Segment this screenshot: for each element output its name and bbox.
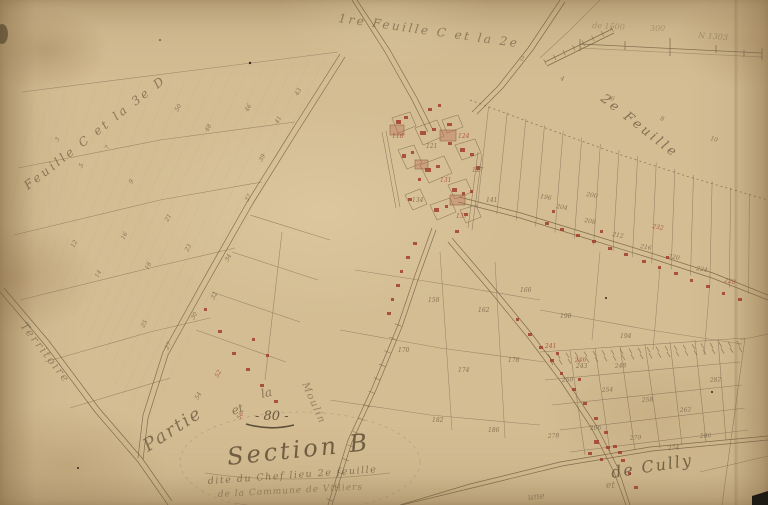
cartouche-sheet-number: - 80 - bbox=[255, 409, 289, 424]
building-mark bbox=[642, 260, 646, 263]
building-mark bbox=[545, 222, 549, 225]
road-ticks-layer bbox=[327, 26, 614, 501]
parcel-number: 54 bbox=[194, 391, 204, 401]
parcel-number: 228 bbox=[723, 277, 737, 286]
building-mark bbox=[252, 338, 255, 341]
neighbor-commune-label: de Cully bbox=[610, 450, 695, 482]
blemishes-layer bbox=[0, 24, 768, 505]
parcel-number: 141 bbox=[486, 197, 497, 204]
building-mark bbox=[606, 446, 610, 449]
parcel-number: 127 bbox=[472, 167, 484, 174]
building-mark bbox=[608, 247, 612, 250]
building-mark bbox=[400, 270, 403, 273]
parcel-number: 250 bbox=[561, 376, 574, 384]
building-mark bbox=[447, 123, 452, 126]
building-mark bbox=[428, 108, 432, 111]
parcel-number: 10 bbox=[709, 135, 718, 144]
road-label-moulin: Moulin bbox=[299, 380, 328, 426]
building-mark bbox=[576, 234, 580, 237]
building-mark bbox=[706, 285, 710, 288]
building-mark bbox=[402, 154, 406, 158]
scale-note-mid: 300 bbox=[650, 24, 665, 33]
parcel-number: 131 bbox=[440, 177, 451, 184]
bottom-fragment-une: une bbox=[527, 492, 545, 503]
cartouche-section-title: Section B bbox=[226, 428, 372, 471]
parcel-number: 8 bbox=[659, 115, 665, 123]
building-mark bbox=[455, 230, 459, 233]
ink-speck bbox=[249, 62, 251, 64]
building-mark bbox=[425, 168, 431, 172]
parcel-number: 232 bbox=[651, 223, 665, 232]
parcel-number: 18 bbox=[144, 261, 154, 271]
parcel-number: 182 bbox=[432, 417, 444, 424]
building-mark bbox=[634, 486, 638, 489]
building-mark bbox=[232, 352, 236, 355]
building-mark bbox=[690, 279, 693, 282]
building-mark bbox=[452, 188, 457, 192]
scale-note-right: N 1303 bbox=[697, 31, 728, 42]
sheet-note-top: 1re Feuille C et la 2e bbox=[338, 11, 521, 50]
building-mark bbox=[432, 128, 436, 131]
building-mark bbox=[448, 142, 452, 145]
building-mark bbox=[274, 400, 278, 403]
building-mark bbox=[420, 131, 426, 135]
parcel-number: 3 bbox=[54, 136, 62, 143]
building-mark bbox=[618, 451, 622, 454]
parcel-number: 196 bbox=[540, 193, 553, 202]
building-mark bbox=[246, 368, 250, 371]
parcel-number: 9 bbox=[128, 178, 136, 185]
building-mark bbox=[578, 378, 581, 381]
building-mark bbox=[594, 417, 598, 420]
parcel-number: 174 bbox=[458, 367, 470, 374]
parcel-number: 248 bbox=[614, 362, 627, 370]
parcel-number: 41 bbox=[273, 115, 283, 126]
cartouche: la et - 80 - Partie Section B dite du Ch… bbox=[138, 385, 420, 505]
parcel-number: 32 bbox=[210, 291, 220, 301]
building-mark bbox=[560, 228, 564, 231]
parcel-number: 270 bbox=[629, 434, 642, 442]
building-mark bbox=[722, 292, 725, 295]
scale-bar bbox=[580, 38, 762, 60]
parcel-number: 46 bbox=[243, 103, 253, 114]
parcel-number: 137 bbox=[456, 213, 468, 220]
ink-speck bbox=[605, 297, 607, 299]
building-mark bbox=[624, 253, 628, 256]
cartouche-partie: Partie bbox=[138, 402, 206, 456]
parcel-number: 170 bbox=[398, 347, 410, 354]
building-mark bbox=[613, 445, 617, 448]
building-mark bbox=[600, 230, 603, 233]
parcel-number: 12 bbox=[70, 239, 80, 249]
parcel-number: 258 bbox=[641, 396, 654, 404]
parcel-number: 194 bbox=[620, 333, 632, 340]
parcel-number: 21 bbox=[163, 213, 173, 224]
building-mark bbox=[406, 256, 410, 259]
parcel-number: 178 bbox=[508, 357, 520, 364]
building-mark bbox=[445, 205, 448, 208]
building-mark bbox=[266, 354, 269, 357]
parcel-number: 286 bbox=[699, 432, 712, 440]
parcel-number: 134 bbox=[412, 197, 424, 204]
cartouche-la: la bbox=[259, 385, 273, 401]
parcel-number: 166 bbox=[520, 287, 532, 294]
parcel-number: 190 bbox=[560, 313, 572, 320]
parcel-number: 208 bbox=[583, 217, 597, 226]
ink-speck bbox=[77, 467, 79, 469]
parcel-number: 224 bbox=[695, 265, 709, 274]
building-mark bbox=[674, 272, 678, 275]
building-mark bbox=[738, 298, 742, 301]
parcel-number: 14 bbox=[94, 269, 104, 279]
parcel-number: 200 bbox=[585, 191, 599, 200]
parcel-number: 118 bbox=[392, 133, 404, 140]
building-mark bbox=[552, 210, 555, 213]
parcel-number: 216 bbox=[639, 243, 653, 252]
building-mark bbox=[434, 208, 439, 212]
building-mark bbox=[556, 352, 559, 355]
cadastral-map-canvas: la et - 80 - Partie Section B dite du Ch… bbox=[0, 0, 768, 505]
parcel-number: 5 bbox=[78, 162, 86, 169]
parcel-number: 162 bbox=[478, 307, 490, 314]
building-mark bbox=[391, 298, 394, 301]
red-buildings-layer bbox=[204, 104, 742, 489]
parcel-number: 43 bbox=[293, 87, 303, 98]
band-dividers-layer bbox=[477, 106, 749, 294]
building-mark bbox=[438, 104, 441, 107]
parcel-number: 25 bbox=[139, 319, 149, 330]
edge-stain bbox=[0, 24, 8, 44]
parcel-number: 266 bbox=[589, 424, 602, 432]
sheet-number-underline bbox=[246, 424, 294, 428]
parcel-number: 282 bbox=[709, 376, 722, 384]
parcel-number: 34 bbox=[224, 253, 234, 263]
territory-label: Territoire bbox=[18, 320, 73, 386]
building-mark bbox=[528, 333, 532, 336]
building-mark bbox=[460, 148, 465, 152]
bottom-fragment-et: et bbox=[606, 481, 615, 491]
corner-tear-dark bbox=[752, 491, 768, 505]
building-mark bbox=[592, 240, 596, 243]
building-mark bbox=[588, 452, 592, 455]
parcel-number: 52 bbox=[214, 369, 224, 379]
parcel-number: 278 bbox=[547, 432, 560, 440]
building-mark bbox=[658, 266, 661, 269]
roads-layer bbox=[0, 0, 768, 505]
building-mark bbox=[600, 458, 603, 461]
ink-speck bbox=[159, 39, 161, 41]
parcel-number: 220 bbox=[667, 253, 681, 262]
parcel-number: 243 bbox=[575, 363, 588, 370]
sheet-note-left: Feuille C et la 3e D bbox=[20, 73, 169, 193]
building-mark bbox=[411, 151, 414, 154]
building-mark bbox=[204, 308, 207, 311]
building-mark bbox=[396, 284, 400, 287]
building-mark bbox=[604, 431, 608, 434]
scale-bar-notes: de 1500 300 N 1303 bbox=[592, 21, 728, 42]
parcel-number: 212 bbox=[611, 231, 625, 240]
building-mark bbox=[572, 388, 576, 391]
se-grid-layer bbox=[540, 338, 748, 505]
parcel-number: 262 bbox=[679, 406, 692, 414]
parcel-number: 23 bbox=[183, 243, 193, 254]
building-mark bbox=[594, 440, 599, 444]
parcel-number: 4 bbox=[559, 75, 566, 83]
building-mark bbox=[470, 190, 473, 193]
building-mark bbox=[470, 153, 474, 156]
parcel-number: 121 bbox=[426, 143, 437, 150]
building-mark bbox=[462, 192, 465, 195]
building-mark bbox=[387, 312, 391, 315]
building-mark bbox=[583, 402, 587, 405]
building-mark bbox=[418, 178, 421, 181]
parcel-number: 39 bbox=[258, 153, 268, 163]
building-mark bbox=[550, 359, 554, 362]
parcel-number: 241 bbox=[544, 343, 556, 350]
parcel-number: 27 bbox=[163, 341, 173, 352]
parcel-number: 254 bbox=[601, 386, 614, 394]
parcel-number: 124 bbox=[458, 133, 470, 140]
building-mark bbox=[560, 372, 563, 375]
cartouche-commune-line: de la Commune de Villiers bbox=[218, 482, 364, 500]
building-mark bbox=[404, 116, 408, 119]
building-mark bbox=[516, 318, 519, 321]
building-mark bbox=[396, 120, 401, 124]
ink-speck bbox=[711, 391, 713, 393]
parcel-number: 186 bbox=[488, 427, 500, 434]
parcel-number: 16 bbox=[120, 231, 130, 241]
parcel-number: 274 bbox=[667, 444, 680, 452]
parcel-number: 158 bbox=[428, 297, 440, 304]
cadastral-map-scan: la et - 80 - Partie Section B dite du Ch… bbox=[0, 0, 768, 505]
building-mark bbox=[413, 242, 417, 245]
building-mark bbox=[539, 346, 543, 349]
scale-note-left: de 1500 bbox=[592, 21, 625, 32]
parcel-number: 30 bbox=[190, 311, 200, 321]
building-mark bbox=[436, 165, 440, 168]
building-mark bbox=[218, 330, 222, 333]
